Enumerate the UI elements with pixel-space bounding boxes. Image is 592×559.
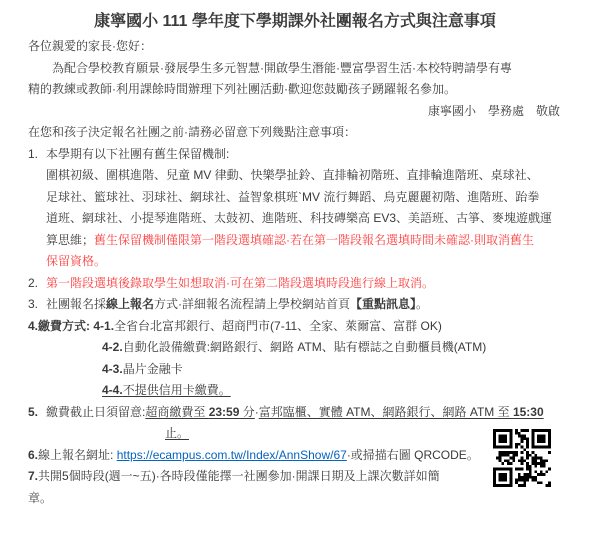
- notice-lead: 在您和孩子決定報名社團之前·請務必留意下列幾點注意事項：: [28, 122, 562, 144]
- item-4-1-number: 4-1.: [93, 319, 114, 333]
- item-5-deadline-2: 富邦臨櫃、實體 ATM、網路銀行、網路 ATM 至 15:30: [259, 405, 544, 419]
- notice-item-2: 2. 第一階段選填後錄取學生如想取消·可在第二階段選填時段進行線上取消。: [28, 273, 562, 295]
- item-4-number: 4.: [28, 319, 38, 333]
- item-7-text: 共開5個時段(週一~五)·各時段僅能擇一社團參加·開課日期及上課次數詳如簡: [38, 469, 440, 483]
- item-7-continuation: 章。: [28, 488, 562, 510]
- item-4-4-text: 不提供信用卡繳費。: [123, 383, 231, 397]
- item-1-warning-line-2: 保留資格。: [28, 251, 562, 273]
- item-1-clubs-line-2: 足球社、籃球社、羽球社、網球社、益智象棋班ˋMV 流行舞蹈、烏克麗麗初階、進階班…: [28, 187, 562, 209]
- item-2-number: 2.: [28, 273, 46, 295]
- item-5-label: 繳費截止日須留意:: [46, 405, 145, 419]
- intro-line-2: 精的教練或教師·利用課餘時間辦理下列社團活動·歡迎您鼓勵孩子踴躍報名參加。: [28, 79, 562, 101]
- notice-item-3: 3. 社團報名採線上報名方式·詳細報名流程請上學校網站首頁【重點訊息】。: [28, 294, 562, 316]
- registration-url-link[interactable]: https://ecampus.com.tw/Index/AnnShow/67: [117, 448, 347, 462]
- item-4-2-text: 自動化設備繳費:網路銀行、網路 ATM、貼有標誌之自動櫃員機(ATM): [123, 340, 487, 354]
- item-1-warning-line-1: 算思維；舊生保留機制僅限第一階段選填確認·若在第一階段報名選填時間未確認·則取消…: [28, 230, 562, 252]
- item-4-1-text: 全省台北富邦銀行、超商門市(7-11、全家、萊爾富、富群 OK): [114, 319, 442, 333]
- item-4-4-underlined: 4-4.不提供信用卡繳費。: [102, 383, 231, 397]
- notice-item-4-4: 4-4.不提供信用卡繳費。: [28, 380, 562, 402]
- item-1-clubs-line-1: 圍棋初級、圍棋進階、兒童 MV 律動、快樂學扯鈴、直排輪初階班、直排輪進階班、桌…: [28, 165, 562, 187]
- notice-item-4: 4.繳費方式: 4-1.全省台北富邦銀行、超商門市(7-11、全家、萊爾富、富群…: [28, 316, 562, 338]
- item-5-continuation: 止。: [28, 423, 562, 445]
- item-1-clubs-line-3: 道班、網球社、小提琴進階班、太鼓初、進階班、科技磚樂高 EV3、美語班、古箏、麥…: [28, 208, 562, 230]
- item-1-warning-black: 算思維；: [46, 233, 94, 247]
- item-1-head: 本學期有以下社團有舊生保留機制:: [46, 144, 229, 166]
- item-1-number: 1.: [28, 144, 46, 166]
- item-3-number: 3.: [28, 294, 46, 316]
- item-7-number: 7.: [28, 469, 38, 483]
- item-4-3-number: 4-3.: [102, 362, 123, 376]
- notice-item-7: 7.共開5個時段(週一~五)·各時段僅能擇一社團參加·開課日期及上課次數詳如簡: [28, 466, 562, 488]
- item-6-label: 線上報名網址:: [38, 448, 117, 462]
- item-6-number: 6.: [28, 448, 38, 462]
- notice-item-4-3: 4-3.晶片金融卡: [28, 359, 562, 381]
- item-2-text: 第一階段選填後錄取學生如想取消·可在第二階段選填時段進行線上取消。: [46, 273, 434, 295]
- intro-line-1: 為配合學校教育願景·發展學生多元智慧·開啟學生潛能·豐富學習生活·本校特聘請學有…: [28, 58, 562, 80]
- item-5-deadline-1: 超商繳費至 23:59 分: [145, 405, 254, 419]
- item-4-3-text: 晶片金融卡: [123, 362, 183, 376]
- item-4-2-number: 4-2.: [102, 340, 123, 354]
- page-title: 康寧國小 111 學年度下學期課外社團報名方式與注意事項: [28, 10, 562, 34]
- item-3-bold-news: 【重點訊息】: [350, 297, 416, 311]
- item-3-bold-online: 線上報名: [106, 297, 154, 311]
- signature: 康寧國小 學務處 敬啟: [28, 101, 562, 123]
- item-4-4-number: 4-4.: [102, 383, 123, 397]
- qr-code: [493, 429, 551, 487]
- notice-item-6: 6.線上報名網址: https://ecampus.com.tw/Index/A…: [28, 445, 562, 467]
- item-1-warning-red: 舊生保留機制僅限第一階段選填確認·若在第一階段報名選填時間未確認·則取消舊生: [94, 233, 534, 247]
- item-5-text: 繳費截止日須留意:超商繳費至 23:59 分·富邦臨櫃、實體 ATM、網路銀行、…: [46, 402, 544, 424]
- item-3-text: 社團報名採線上報名方式·詳細報名流程請上學校網站首頁【重點訊息】。: [46, 294, 428, 316]
- item-4-label: 繳費方式:: [38, 319, 93, 333]
- item-6-post: ·或掃描右圖 QRCODE。: [347, 448, 479, 462]
- greeting: 各位親愛的家長·您好：: [28, 36, 562, 58]
- item-5-number: 5.: [28, 402, 46, 424]
- document-page: 康寧國小 111 學年度下學期課外社團報名方式與注意事項 各位親愛的家長·您好：…: [0, 0, 592, 559]
- notice-item-4-2: 4-2.自動化設備繳費:網路銀行、網路 ATM、貼有標誌之自動櫃員機(ATM): [28, 337, 562, 359]
- notice-item-5: 5. 繳費截止日須留意:超商繳費至 23:59 分·富邦臨櫃、實體 ATM、網路…: [28, 402, 562, 424]
- notice-item-1: 1. 本學期有以下社團有舊生保留機制:: [28, 144, 562, 166]
